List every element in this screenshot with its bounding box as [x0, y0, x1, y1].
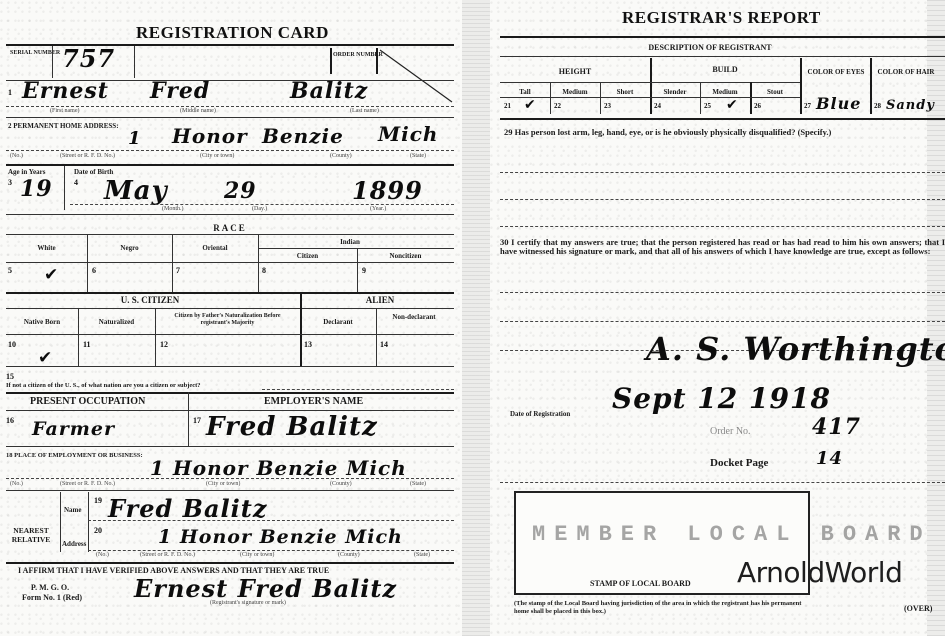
order-no-value: 417 [812, 414, 861, 440]
race-white-label: White [6, 244, 87, 252]
height-medium-label: Medium [550, 88, 600, 96]
middle-name-value: Fred [150, 78, 210, 104]
divider [52, 46, 53, 78]
divider [6, 117, 454, 118]
field-number: 7 [176, 266, 180, 275]
dob-sublabel: (Day.) [252, 206, 267, 212]
address-sublabel: (County) [330, 153, 352, 159]
q30-text: I certify that my answers are true; that… [500, 237, 945, 256]
field-number: 17 [193, 416, 201, 425]
address-sublabel: (State) [410, 153, 426, 159]
relative-address-value: 1 Honor Benzie Mich [158, 526, 403, 548]
divider [134, 46, 135, 78]
divider [500, 482, 945, 483]
divider [500, 292, 945, 293]
native-born-label: Native Born [6, 318, 78, 326]
relative-address-label: Address [62, 540, 86, 548]
registrar-signature: A. S. Worthington [646, 330, 945, 368]
field-number: 28 [874, 102, 881, 110]
divider [155, 308, 156, 366]
native-born-check: ✔ [38, 348, 52, 368]
hair-color-value: Sandy [886, 98, 935, 113]
field-number: 12 [160, 340, 168, 349]
last-name-value: Balitz [290, 78, 368, 104]
q15-question: If not a citizen of the U. S., of what n… [6, 382, 201, 390]
relative-sublabel: (County) [338, 552, 360, 558]
employment-sublabel: (Street or R. F. D. No.) [60, 481, 115, 487]
employer-value: Fred Balitz [206, 412, 378, 442]
divider [88, 520, 454, 521]
divider [550, 82, 551, 114]
docket-page-value: 14 [816, 448, 843, 469]
relative-name-label: Name [64, 506, 82, 514]
order-number-strike [380, 50, 455, 105]
order-number-label: ORDER NUMBER [333, 52, 373, 59]
divider [6, 490, 454, 491]
field-number: 19 [94, 496, 102, 505]
employer-header: EMPLOYER'S NAME [264, 398, 363, 406]
description-header: DESCRIPTION OF REGISTRANT [590, 44, 830, 52]
registration-card-title: REGISTRATION CARD [136, 23, 329, 43]
field-number: 26 [754, 102, 761, 110]
serial-number-value: 757 [62, 44, 115, 73]
divider [750, 82, 752, 114]
address-number-value: 1 [128, 128, 142, 149]
q29-question: 29 Has person lost arm, leg, hand, eye, … [504, 128, 944, 137]
alien-header: ALIEN [330, 296, 430, 304]
field-number: 1 [8, 88, 12, 97]
divider [6, 392, 454, 394]
signature-sublabel: (Registrant's signature or mark) [210, 600, 286, 606]
divider [500, 56, 945, 57]
address-county-value: Benzie [262, 124, 344, 148]
date-of-registration-label: Date of Registration [510, 410, 570, 418]
registration-card: REGISTRATION CARD SERIAL NUMBER 757 ORDE… [0, 0, 462, 636]
middle-name-sublabel: (Middle name) [180, 108, 216, 114]
divider [6, 214, 454, 215]
divider [500, 82, 800, 83]
age-value: 19 [20, 176, 53, 202]
employment-sublabel: (No.) [10, 481, 23, 487]
divider [330, 48, 332, 74]
race-white-check: ✔ [44, 265, 58, 285]
divider [258, 234, 259, 292]
registrars-report-title: REGISTRAR'S REPORT [622, 8, 821, 28]
field-number: 10 [8, 340, 16, 349]
employment-sublabel: (State) [410, 481, 426, 487]
field-number: 27 [804, 102, 811, 110]
build-stout-label: Stout [750, 88, 800, 96]
order-no-label: Order No. [710, 428, 751, 436]
field-number: 9 [362, 266, 366, 275]
relative-sublabel: (State) [414, 552, 430, 558]
race-negro-label: Negro [87, 244, 172, 252]
race-header: RACE [190, 224, 270, 232]
build-medium-check: ✔ [726, 97, 738, 113]
divider [6, 234, 454, 235]
employment-sublabel: (County) [330, 481, 352, 487]
field-number: 11 [83, 340, 91, 349]
build-slender-label: Slender [650, 88, 700, 96]
birth-day-value: 29 [224, 178, 257, 204]
address-sublabel: (City or town) [200, 153, 234, 159]
build-header: BUILD [650, 66, 800, 74]
divider [87, 234, 88, 292]
registrars-report: REGISTRAR'S REPORT DESCRIPTION OF REGIST… [490, 0, 945, 636]
field-number: 20 [94, 526, 102, 535]
divider [800, 58, 802, 114]
relative-sublabel: (Street or R. F. D. No.) [140, 552, 195, 558]
address-city-value: Honor [172, 124, 248, 148]
date-of-registration-value: Sept 12 1918 [612, 382, 831, 415]
naturalized-label: Naturalized [78, 318, 155, 326]
employment-place-label: 18 PLACE OF EMPLOYMENT OR BUSINESS: [6, 452, 143, 460]
citizen-by-father-label: Citizen by Father's Naturalization Befor… [160, 313, 295, 327]
nearest-relative-label: NEAREST RELATIVE [6, 526, 56, 544]
divider [376, 308, 377, 366]
registrant-signature: Ernest Fred Balitz [134, 574, 397, 603]
non-declarant-label: Non-declarant [384, 313, 444, 321]
relative-sublabel: (City or town) [240, 552, 274, 558]
divider [500, 226, 945, 227]
home-address-label: 2 PERMANENT HOME ADDRESS: [8, 122, 119, 130]
divider [70, 204, 454, 205]
divider [700, 82, 701, 114]
birth-month-value: May [104, 176, 168, 206]
divider [500, 118, 945, 120]
hair-color-header: COLOR OF HAIR [872, 68, 940, 76]
field-number: 24 [654, 102, 661, 110]
q30-certification: 30 I certify that my answers are true; t… [500, 238, 945, 256]
serial-number-label: SERIAL NUMBER [10, 50, 50, 57]
form-id-line1: P. M. G. O. [10, 584, 90, 592]
divider [88, 492, 89, 552]
divider [172, 234, 173, 292]
race-indian-noncitizen-label: Noncitizen [357, 252, 454, 260]
occupation-value: Farmer [32, 418, 115, 440]
divider [6, 366, 454, 367]
declarant-label: Declarant [300, 318, 376, 326]
field-number: 5 [8, 266, 12, 275]
field-number: 23 [604, 102, 611, 110]
address-sublabel: (Street or R. F. D. No.) [60, 153, 115, 159]
divider [88, 550, 454, 551]
eye-color-value: Blue [816, 94, 861, 113]
divider [6, 562, 454, 564]
field-number: 22 [554, 102, 561, 110]
height-short-label: Short [600, 88, 650, 96]
race-indian-header: Indian [300, 238, 400, 246]
divider [188, 392, 189, 446]
divider [6, 410, 454, 411]
field-number: 14 [380, 340, 388, 349]
divider [500, 172, 945, 173]
divider [6, 106, 454, 107]
divider [600, 82, 601, 114]
age-label: Age in Years [8, 168, 45, 176]
relative-sublabel: (No.) [96, 552, 109, 558]
field-number: 4 [74, 178, 78, 187]
form-id-line2: Form No. 1 (Red) [2, 594, 102, 602]
address-sublabel: (No.) [10, 153, 23, 159]
divider [60, 492, 61, 552]
field-number: 15 [6, 372, 14, 381]
divider [6, 292, 454, 294]
height-header: HEIGHT [500, 68, 650, 76]
divider [6, 150, 454, 151]
race-indian-citizen-label: Citizen [258, 252, 357, 260]
divider [6, 446, 454, 447]
field-number: 6 [92, 266, 96, 275]
divider [6, 334, 454, 335]
occupation-header: PRESENT OCCUPATION [30, 398, 145, 406]
height-tall-label: Tall [500, 88, 550, 96]
watermark: ArnoldWorld [737, 556, 902, 589]
dob-sublabel: (Month.) [162, 206, 184, 212]
over-label: (OVER) [904, 605, 932, 613]
docket-page-label: Docket Page [710, 459, 768, 467]
divider [6, 262, 454, 263]
birth-year-value: 1899 [352, 176, 423, 205]
race-oriental-label: Oriental [172, 244, 258, 252]
local-board-stamp-text: MEMBER LOCAL BOARD [532, 522, 932, 547]
first-name-sublabel: (First name) [50, 108, 80, 114]
employment-place-value: 1 Honor Benzie Mich [150, 456, 407, 480]
build-medium-label: Medium [700, 88, 750, 96]
field-number: 25 [704, 102, 711, 110]
first-name-value: Ernest [22, 78, 109, 104]
divider [500, 321, 945, 322]
field-number: 29 [504, 127, 513, 137]
divider [64, 166, 65, 210]
divider [258, 248, 454, 249]
field-number: 16 [6, 416, 14, 425]
divider [500, 199, 945, 200]
divider [262, 389, 454, 390]
divider [6, 308, 454, 309]
stamp-note: (The stamp of the Local Board having jur… [514, 600, 814, 616]
divider [500, 97, 800, 98]
address-state-value: Mich [378, 122, 438, 146]
divider [78, 308, 79, 366]
us-citizen-header: U. S. CITIZEN [80, 296, 220, 304]
field-number: 3 [8, 178, 12, 187]
divider [376, 48, 378, 74]
q29-text: Has person lost arm, leg, hand, eye, or … [515, 127, 832, 137]
relative-name-value: Fred Balitz [108, 494, 267, 523]
date-of-birth-label: Date of Birth [74, 168, 113, 176]
field-number: 21 [504, 102, 511, 110]
divider [6, 164, 454, 166]
divider [6, 478, 454, 479]
eye-color-header: COLOR OF EYES [802, 68, 870, 76]
employment-sublabel: (City or town) [206, 481, 240, 487]
height-tall-check: ✔ [524, 97, 536, 113]
page-gutter [462, 0, 490, 636]
last-name-sublabel: (Last name) [350, 108, 379, 114]
field-number: 8 [262, 266, 266, 275]
field-number: 13 [304, 340, 312, 349]
dob-sublabel: (Year.) [370, 206, 386, 212]
divider [500, 36, 945, 38]
stamp-caption: STAMP OF LOCAL BOARD [590, 580, 691, 588]
divider [870, 58, 872, 114]
divider [300, 292, 302, 366]
